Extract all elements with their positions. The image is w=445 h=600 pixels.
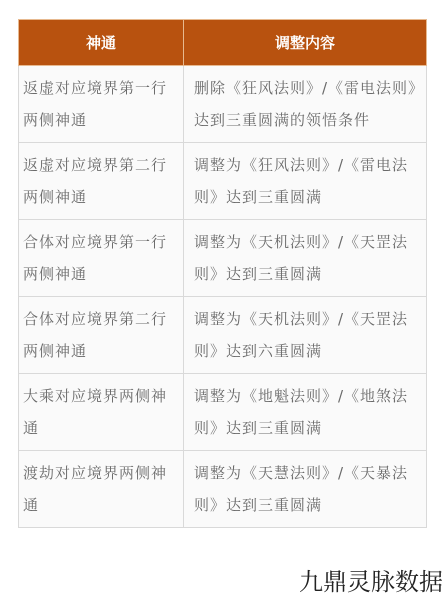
table-header-row: 神通 调整内容 [19,20,427,66]
cell-adjustment: 删除《狂风法则》/《雷电法则》达到三重圆满的领悟条件 [184,66,427,143]
header-shentong: 神通 [19,20,184,66]
table-row: 大乘对应境界两侧神通 调整为《地魁法则》/《地煞法则》达到三重圆满 [19,374,427,451]
table-row: 合体对应境界第一行两侧神通 调整为《天机法则》/《天罡法则》达到三重圆满 [19,220,427,297]
cell-adjustment: 调整为《地魁法则》/《地煞法则》达到三重圆满 [184,374,427,451]
table-row: 合体对应境界第二行两侧神通 调整为《天机法则》/《天罡法则》达到六重圆满 [19,297,427,374]
cell-shentong: 返虚对应境界第一行两侧神通 [19,66,184,143]
cell-adjustment: 调整为《天机法则》/《天罡法则》达到三重圆满 [184,220,427,297]
table-row: 渡劫对应境界两侧神通 调整为《天慧法则》/《天暴法则》达到三重圆满 [19,451,427,528]
cell-shentong: 合体对应境界第一行两侧神通 [19,220,184,297]
table-row: 返虚对应境界第二行两侧神通 调整为《狂风法则》/《雷电法则》达到三重圆满 [19,143,427,220]
adjustment-table: 神通 调整内容 返虚对应境界第一行两侧神通 删除《狂风法则》/《雷电法则》达到三… [18,19,427,528]
cell-shentong: 合体对应境界第二行两侧神通 [19,297,184,374]
header-adjustment: 调整内容 [184,20,427,66]
cell-adjustment: 调整为《狂风法则》/《雷电法则》达到三重圆满 [184,143,427,220]
table-row: 返虚对应境界第一行两侧神通 删除《狂风法则》/《雷电法则》达到三重圆满的领悟条件 [19,66,427,143]
cell-adjustment: 调整为《天机法则》/《天罡法则》达到六重圆满 [184,297,427,374]
cell-adjustment: 调整为《天慧法则》/《天暴法则》达到三重圆满 [184,451,427,528]
watermark: 九鼎灵脉数据 [299,562,443,597]
cell-shentong: 返虚对应境界第二行两侧神通 [19,143,184,220]
cell-shentong: 大乘对应境界两侧神通 [19,374,184,451]
cell-shentong: 渡劫对应境界两侧神通 [19,451,184,528]
